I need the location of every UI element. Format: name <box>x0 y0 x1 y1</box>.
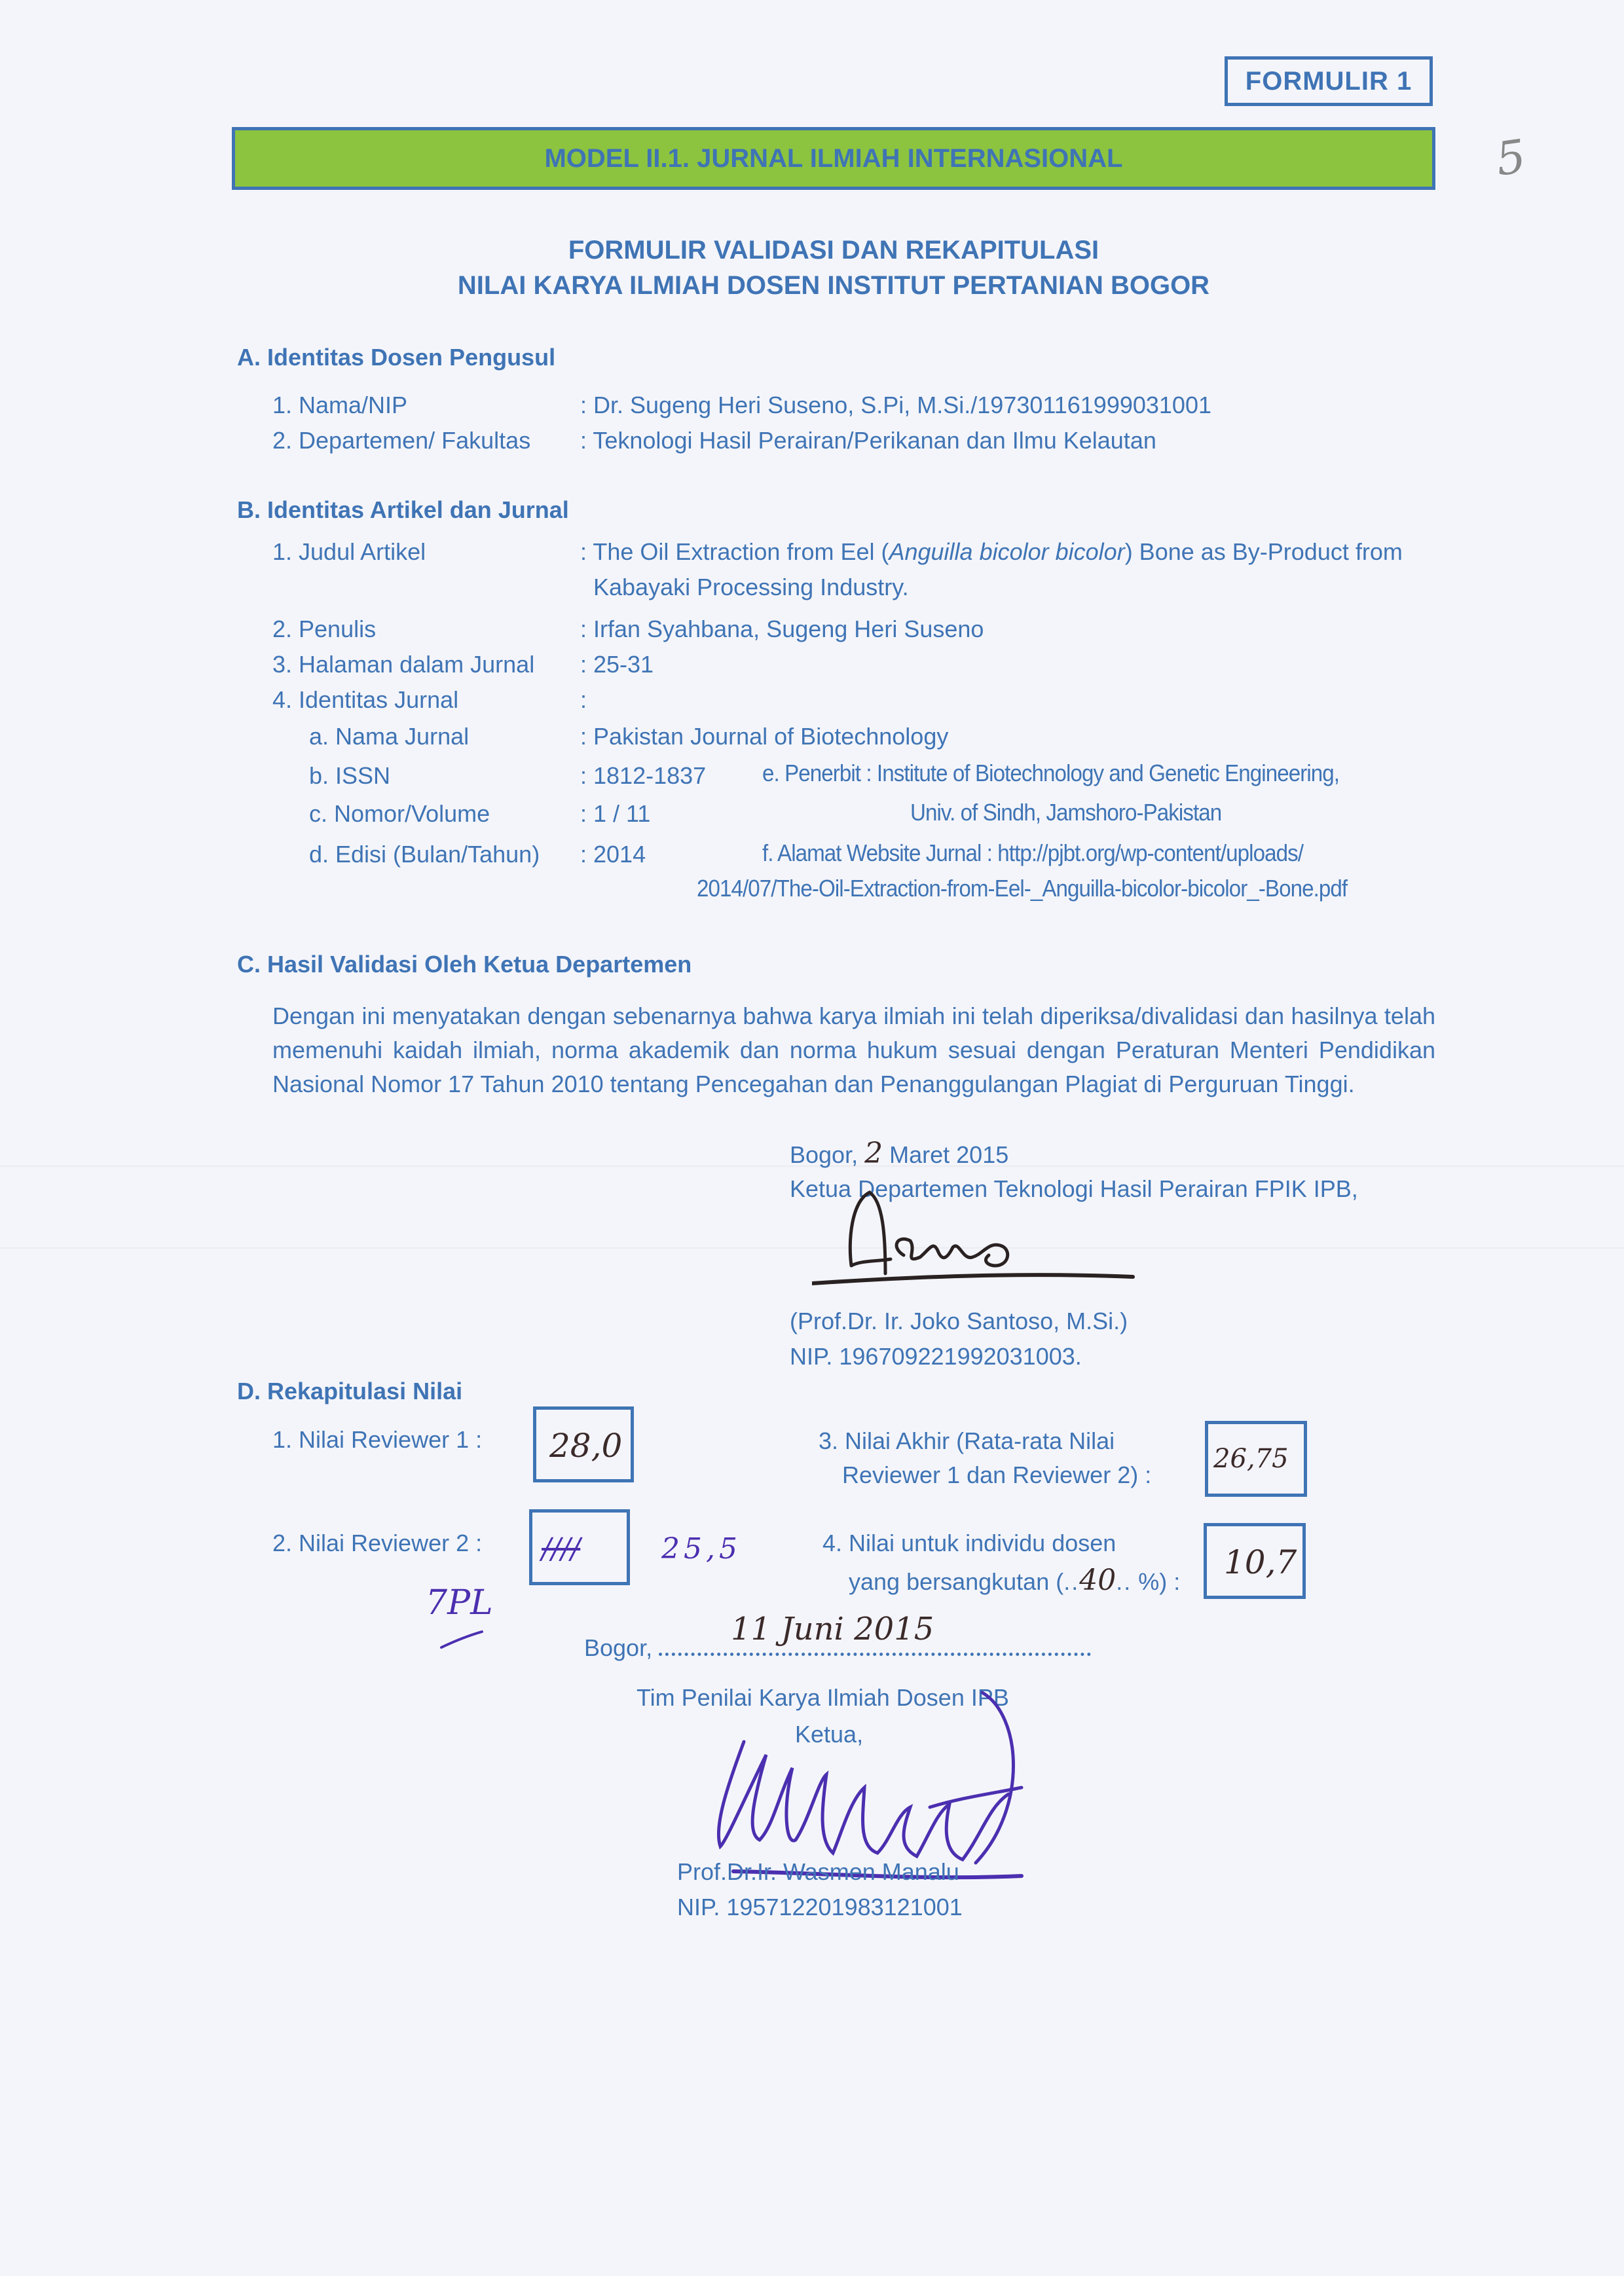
field-value: : Pakistan Journal of Biotechnology <box>580 723 948 750</box>
field-value: Institute of Biotechnology and Genetic E… <box>877 760 1339 786</box>
handwritten-date: 11 Juni 2015 <box>731 1611 934 1647</box>
reviewer2-score-box[interactable]: //// <box>529 1509 630 1585</box>
dept-signer-name: (Prof.Dr. Ir. Joko Santoso, M.Si.) <box>790 1304 1128 1338</box>
field-value: : Irfan Syahbana, Sugeng Heri Suseno <box>580 615 984 643</box>
field-label: e. Penerbit : <box>762 760 872 786</box>
section-b-heading: B. Identitas Artikel dan Jurnal <box>237 496 569 524</box>
field-label: 2. Penulis <box>272 615 376 643</box>
field-value: : Teknologi Hasil Perairan/Perikanan dan… <box>580 427 1156 454</box>
checkmark-icon <box>439 1630 485 1650</box>
form-number-badge: FORMULIR 1 <box>1225 56 1433 106</box>
field-value: : 2014 <box>580 841 646 868</box>
field-label: b. ISSN <box>309 762 390 790</box>
team-signer-name: Prof.Dr.Ir. Wasmen Manalu <box>677 1858 959 1886</box>
field-value: : Dr. Sugeng Heri Suseno, S.Pi, M.Si./19… <box>580 392 1211 419</box>
final-score: 26,75 <box>1213 1444 1289 1474</box>
field-label: f. Alamat Website Jurnal : <box>762 839 992 866</box>
reviewer1-label: 1. Nilai Reviewer 1 : <box>272 1426 482 1454</box>
field-website: f. Alamat Website Jurnal : http://pjbt.o… <box>762 839 1303 867</box>
reviewer1-score: 28,0 <box>549 1427 622 1465</box>
team-date-line: Bogor, 11 Juni 2015 <box>584 1633 1091 1662</box>
field-value: : <box>580 686 587 714</box>
section-d-heading: D. Rekapitulasi Nilai <box>237 1378 462 1405</box>
handwritten-day: 2 <box>864 1137 883 1170</box>
individual-suffix: %) : <box>1132 1568 1180 1595</box>
field-penerbit-line2: Univ. of Sindh, Jamshoro-Pakistan <box>910 799 1221 826</box>
field-label: 4. Identitas Jurnal <box>272 686 458 714</box>
final-score-box[interactable]: 26,75 <box>1205 1421 1307 1497</box>
individual-score-label-1: 4. Nilai untuk individu dosen <box>822 1530 1116 1557</box>
signature-team-head <box>655 1676 1153 1886</box>
section-c-heading: C. Hasil Validasi Oleh Ketua Departemen <box>237 951 692 978</box>
model-banner: MODEL II.1. JURNAL ILMIAH INTERNASIONAL <box>232 127 1435 190</box>
model-banner-text: MODEL II.1. JURNAL ILMIAH INTERNASIONAL <box>544 144 1122 174</box>
validation-statement: Dengan ini menyatakan dengan sebenarnya … <box>272 999 1435 1101</box>
reviewer2-label: 2. Nilai Reviewer 2 : <box>272 1530 482 1557</box>
reviewer2-score: 25,5 <box>661 1532 741 1566</box>
date-month-year: Maret 2015 <box>889 1141 1008 1168</box>
field-label: 2. Departemen/ Fakultas <box>272 427 530 454</box>
website-url: http://pjbt.org/wp-content/uploads/ <box>997 839 1303 866</box>
form-number-label: FORMULIR 1 <box>1246 67 1412 96</box>
individual-score-label-2: yang bersangkutan (..40.. %) : <box>849 1564 1180 1597</box>
individual-percent: 40 <box>1079 1564 1116 1597</box>
page-number-mark: 5 <box>1493 129 1530 186</box>
dept-date-line: Bogor, 2 Maret 2015 <box>790 1137 1008 1172</box>
page-title-line1: FORMULIR VALIDASI DAN REKAPITULASI <box>232 236 1435 265</box>
species-name: Anguilla bicolor bicolor <box>889 538 1124 565</box>
date-place: Bogor, <box>584 1634 652 1661</box>
field-label: 1. Nama/NIP <box>272 392 407 419</box>
field-value: : 1812-1837 <box>580 762 706 790</box>
field-label: a. Nama Jurnal <box>309 723 469 750</box>
individual-prefix: yang bersangkutan ( <box>849 1568 1063 1595</box>
reviewer1-score-box[interactable]: 28,0 <box>533 1406 634 1482</box>
field-label: c. Nomor/Volume <box>309 800 490 828</box>
final-score-label-1: 3. Nilai Akhir (Rata-rata Nilai <box>819 1427 1115 1455</box>
dept-signer-nip: NIP. 196709221992031003. <box>790 1340 1082 1374</box>
field-value: : 1 / 11 <box>580 800 650 828</box>
signature-dept-head <box>812 1188 1153 1293</box>
field-label: 3. Halaman dalam Jurnal <box>272 651 534 678</box>
field-value: : 25-31 <box>580 651 654 678</box>
final-score-label-2: Reviewer 1 dan Reviewer 2) : <box>842 1461 1151 1489</box>
individual-score: 10,7 <box>1224 1543 1297 1581</box>
title-prefix: : The Oil Extraction from Eel ( <box>580 538 889 565</box>
team-signer-nip: NIP. 195712201983121001 <box>677 1894 963 1921</box>
field-label: d. Edisi (Bulan/Tahun) <box>309 841 540 868</box>
field-penerbit: e. Penerbit : Institute of Biotechnology… <box>762 760 1339 787</box>
title-suffix: ) Bone as By-Product from <box>1125 538 1403 565</box>
page-title-line2: NILAI KARYA ILMIAH DOSEN INSTITUT PERTAN… <box>232 271 1435 301</box>
section-a-heading: A. Identitas Dosen Pengusul <box>237 344 555 371</box>
individual-score-box[interactable]: 10,7 <box>1204 1523 1306 1599</box>
website-url-line2: 2014/07/The-Oil-Extraction-from-Eel-_Ang… <box>697 875 1347 902</box>
reviewer2-initials: 7PL <box>426 1583 493 1623</box>
field-label: 1. Judul Artikel <box>272 538 426 566</box>
field-judul-line2: Kabayaki Processing Industry. <box>593 574 909 601</box>
reviewer2-struck-value: //// <box>542 1532 580 1566</box>
date-place: Bogor, <box>790 1141 858 1168</box>
